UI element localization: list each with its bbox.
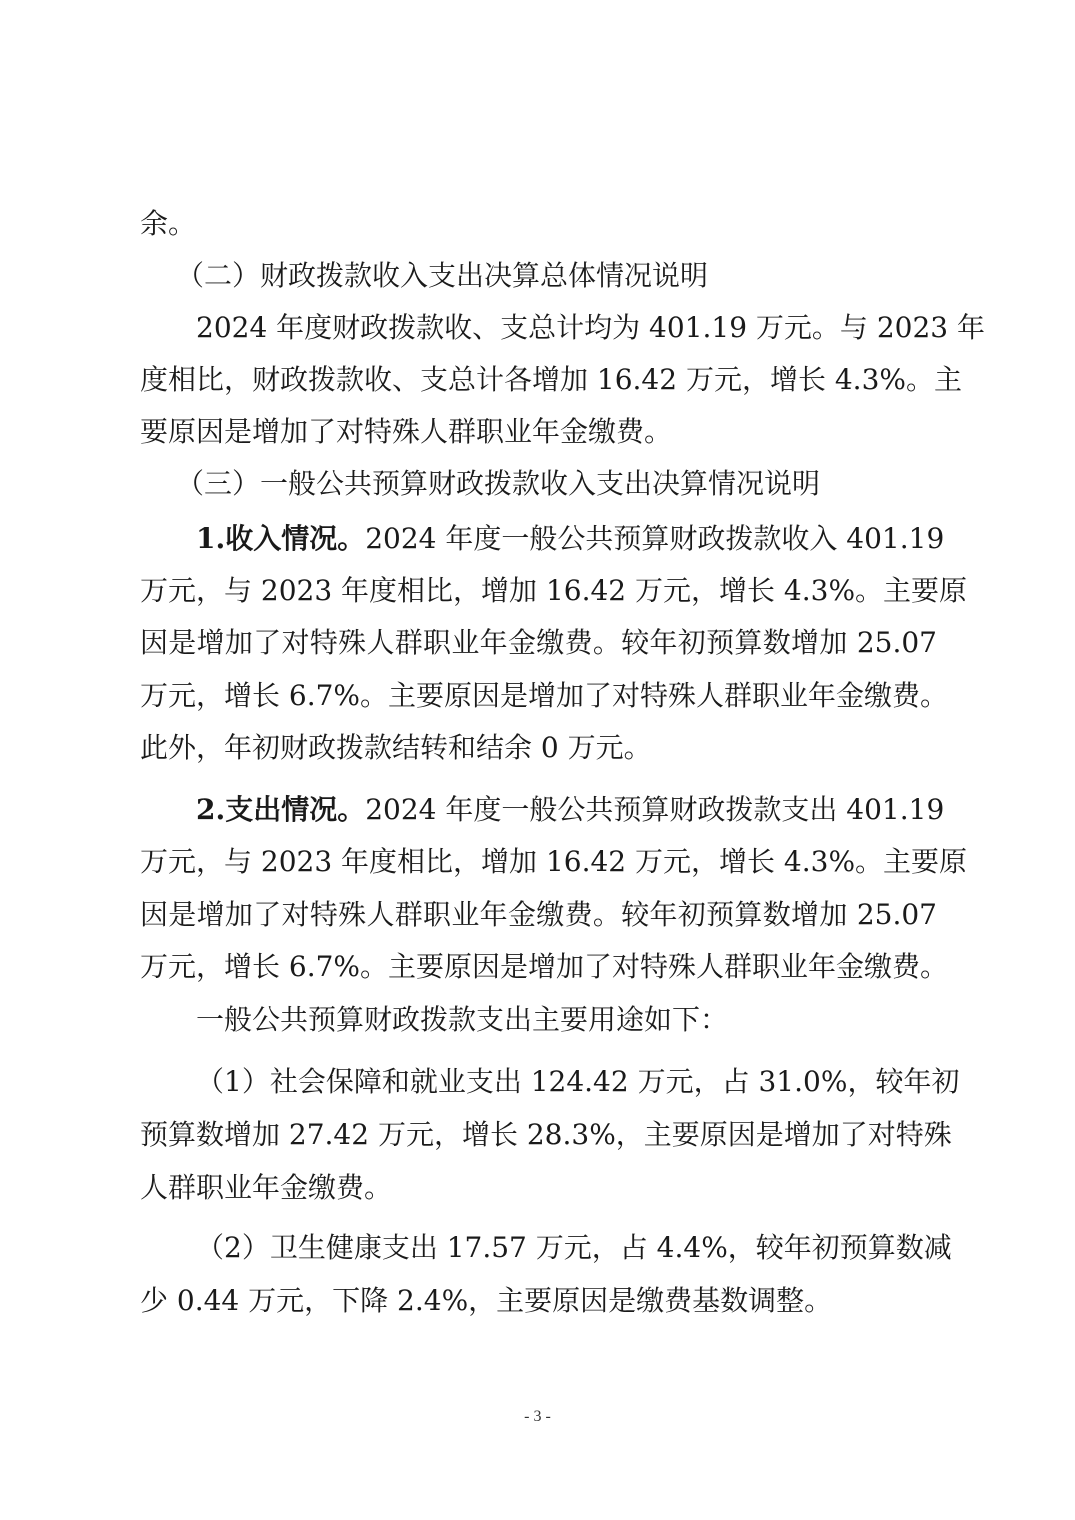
paragraph-line: 一般公共预算财政拨款支出主要用途如下： xyxy=(196,1000,937,1040)
paragraph-text: 2024 年度一般公共预算财政拨款收入 401.19 xyxy=(365,522,944,555)
list-item-2-line: （2）卫生健康支出 17.57 万元，占 4.4%，较年初预算数减 xyxy=(196,1228,937,1268)
paragraph-text: 2024 年度一般公共预算财政拨款支出 401.19 xyxy=(365,793,944,826)
paragraph-line: 度相比，财政拨款收、支总计各增加 16.42 万元，增长 4.3%。主 xyxy=(140,360,937,400)
paragraph-line: 因是增加了对特殊人群职业年金缴费。较年初预算数增加 25.07 xyxy=(140,623,937,663)
paragraph-line: 万元，与 2023 年度相比，增加 16.42 万元，增长 4.3%。主要原 xyxy=(140,571,937,611)
paragraph-line: 因是增加了对特殊人群职业年金缴费。较年初预算数增加 25.07 xyxy=(140,895,937,935)
list-item-1-line: （1）社会保障和就业支出 124.42 万元，占 31.0%，较年初 xyxy=(196,1062,937,1102)
paragraph-line: 2024 年度财政拨款收、支总计均为 401.19 万元。与 2023 年 xyxy=(196,308,937,348)
paragraph-line: 余。 xyxy=(140,204,937,244)
paragraph-line: 万元，增长 6.7%。主要原因是增加了对特殊人群职业年金缴费。 xyxy=(140,676,937,716)
document-page: 余。 （二）财政拨款收入支出决算总体情况说明 2024 年度财政拨款收、支总计均… xyxy=(0,0,1075,1520)
page-number: - 3 - xyxy=(0,1408,1075,1426)
paragraph-line: 少 0.44 万元，下降 2.4%，主要原因是缴费基数调整。 xyxy=(140,1281,937,1321)
income-lead: 1.收入情况。 xyxy=(196,522,365,555)
section-heading-3: （三）一般公共预算财政拨款收入支出决算情况说明 xyxy=(176,464,973,504)
expense-paragraph-line: 2.支出情况。2024 年度一般公共预算财政拨款支出 401.19 xyxy=(196,790,937,830)
income-paragraph-line: 1.收入情况。2024 年度一般公共预算财政拨款收入 401.19 xyxy=(196,519,937,559)
paragraph-line: 人群职业年金缴费。 xyxy=(140,1168,937,1208)
paragraph-line: 预算数增加 27.42 万元，增长 28.3%，主要原因是增加了对特殊 xyxy=(140,1115,937,1155)
paragraph-line: 万元，与 2023 年度相比，增加 16.42 万元，增长 4.3%。主要原 xyxy=(140,842,937,882)
section-heading-2: （二）财政拨款收入支出决算总体情况说明 xyxy=(176,256,973,296)
paragraph-line: 万元，增长 6.7%。主要原因是增加了对特殊人群职业年金缴费。 xyxy=(140,947,937,987)
paragraph-line: 要原因是增加了对特殊人群职业年金缴费。 xyxy=(140,412,937,452)
paragraph-line: 此外，年初财政拨款结转和结余 0 万元。 xyxy=(140,728,937,768)
expense-lead: 2.支出情况。 xyxy=(196,793,365,826)
